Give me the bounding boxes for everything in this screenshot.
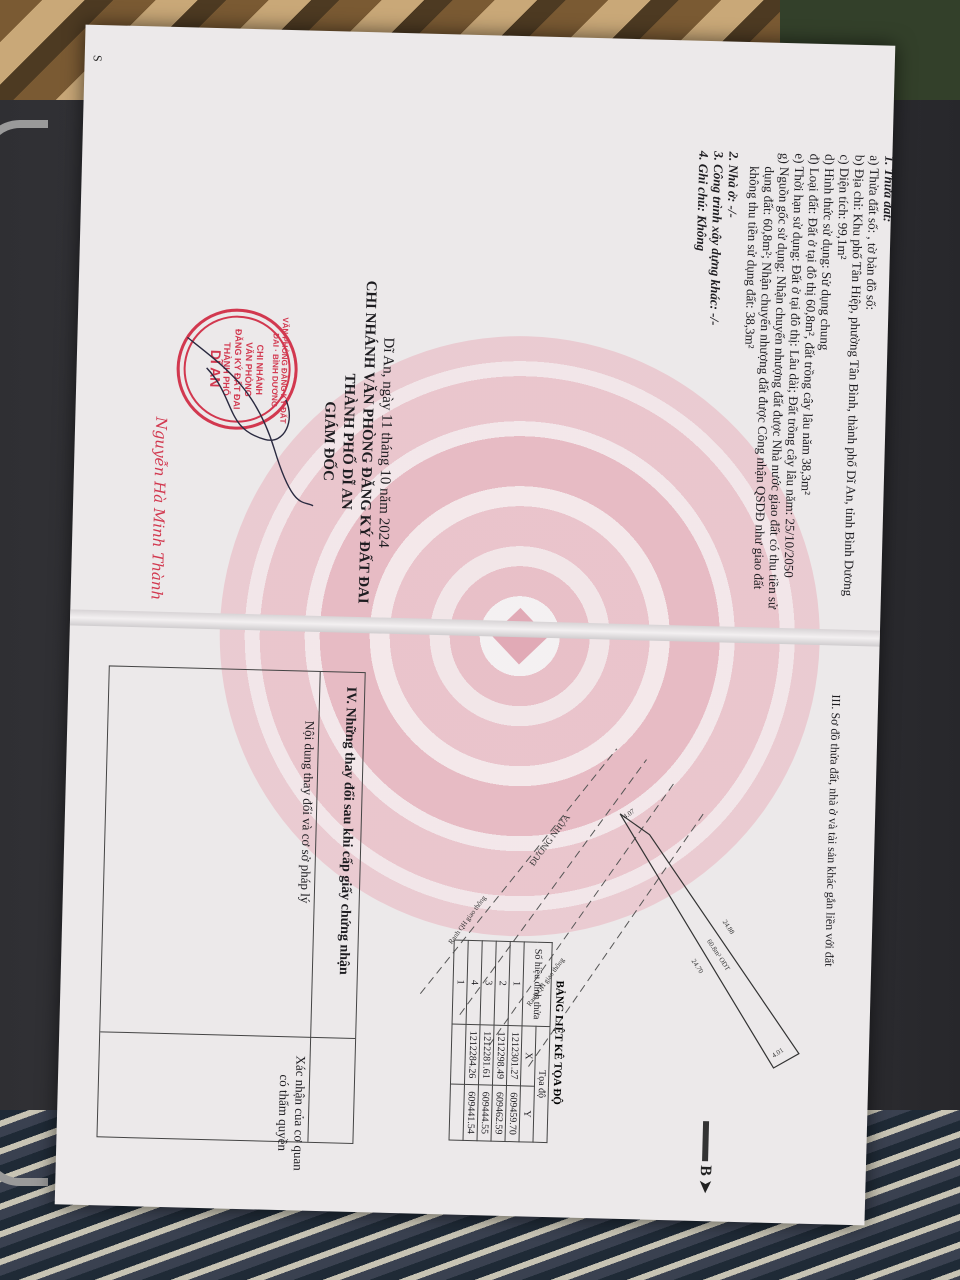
coord-cell-y: 609444.55 <box>477 1085 492 1141</box>
land-use-certificate: S II. Thửa đất, nhà ở và tài sản khác gắ… <box>55 25 896 1226</box>
side-length-label: 24.88 <box>721 918 737 936</box>
area-label: 60.8m² ODT <box>705 938 732 973</box>
parcel-diagram: ĐƯỜNG NHỰA Ranh QH giao thông Ranh QH gi… <box>378 713 817 1084</box>
table-divider <box>100 1031 355 1039</box>
coord-cell-x: 1212284.26 <box>464 1024 480 1085</box>
coord-cell-point: 1 <box>508 942 524 1026</box>
coord-cell-x: 1212281.61 <box>478 1024 494 1085</box>
coord-cell-x: 1212301.27 <box>506 1025 522 1086</box>
section-3-title: III. Sơ đồ thửa đất, nhà ở và tài sản kh… <box>821 694 843 966</box>
arrow-shaft-icon <box>702 1121 709 1161</box>
side-length-label: 4.01 <box>770 1046 785 1060</box>
coordinate-table: BẢNG LIỆT KÊ TỌA ĐỘ Số hiệu đỉnh thửa Tọ… <box>449 940 567 1144</box>
side-length-label: 4.07 <box>622 807 637 821</box>
coordinate-table-grid: Số hiệu đỉnh thửa Tọa độ X Y 11212301.27… <box>449 940 553 1143</box>
chair-frame <box>0 120 48 1186</box>
changes-table <box>96 665 365 1144</box>
section-2-land-info: II. Thửa đất, nhà ở và tài sản khác gắn … <box>685 151 896 613</box>
north-arrow: B ➤ <box>695 1121 717 1194</box>
header-y: Y <box>519 1086 534 1142</box>
coord-cell-y: 609459.70 <box>505 1086 520 1142</box>
coord-cell-y <box>449 1084 464 1140</box>
confirmation-line: Xác nhận của cơ quan <box>290 1055 309 1171</box>
signer-name: Nguyễn Hà Minh Thành <box>148 416 171 600</box>
coord-cell-point: 2 <box>494 941 510 1025</box>
coord-cell-point: 1 <box>452 940 468 1024</box>
coord-cell-y: 609462.59 <box>491 1085 506 1141</box>
coord-cell-x: 1212298.49 <box>492 1025 508 1086</box>
changes-column-confirmation: Xác nhận của cơ quan có thẩm quyền <box>274 1055 309 1171</box>
road-label: ĐƯỜNG NHỰA <box>527 812 572 868</box>
north-label: B <box>697 1165 714 1176</box>
side-length-label: 24.70 <box>690 957 706 975</box>
coord-cell-point: 4 <box>466 940 482 1024</box>
arrow-head-icon: ➤ <box>696 1180 713 1194</box>
signature-block: Dĩ An, ngày 11 tháng 10 năm 2024 CHI NHÁ… <box>314 251 400 633</box>
header-x: X <box>520 1026 536 1087</box>
signature-scribble <box>163 327 328 511</box>
corner-mark: S <box>90 55 105 62</box>
coord-cell-y: 609441.54 <box>463 1085 478 1141</box>
coord-cell-point: 3 <box>480 941 496 1025</box>
setback-label: Ranh QH giao thông <box>447 894 488 946</box>
header-point: Số hiệu đỉnh thửa <box>522 942 552 1026</box>
coord-cell-x <box>450 1024 466 1085</box>
